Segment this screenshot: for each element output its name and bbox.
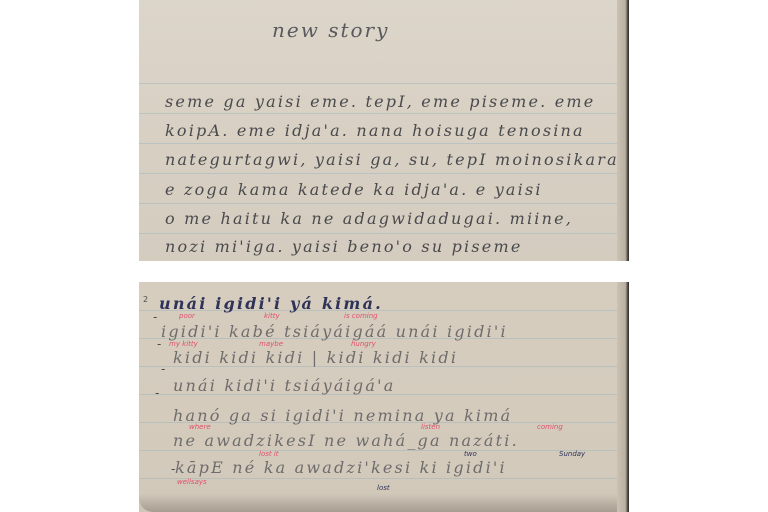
- translation-note: lost: [377, 484, 390, 492]
- ruled-line: [139, 450, 617, 451]
- ruled-line: [139, 173, 617, 174]
- text-line: o me haitu ka ne adagwidadugai. miine,: [165, 209, 573, 228]
- translation-note: lost it: [259, 450, 279, 458]
- text-line: kidi kidi kidi | kidi kidi kidi: [173, 348, 458, 367]
- page-edge: [617, 282, 629, 512]
- translation-note: two: [464, 450, 477, 458]
- notebook-page-bottom: 2 - - - - - unái igidi'i yá kimá. poor k…: [139, 282, 629, 512]
- text-line: unái igidi'i yá kimá.: [159, 294, 383, 313]
- margin-mark: -: [153, 310, 157, 324]
- ruled-line: [139, 83, 617, 84]
- translation-note: kitty: [264, 312, 280, 320]
- translation-note: Sunday: [559, 450, 585, 458]
- translation-note: where: [189, 423, 211, 431]
- ruled-line: [139, 203, 617, 204]
- margin-mark: -: [155, 386, 159, 400]
- text-line: nategurtagwi, yaisi ga, su, tepI moinosi…: [165, 150, 629, 169]
- margin-mark: 2: [143, 295, 148, 304]
- text-line: kāpE né ka awadzi'kesi ki igidi'i: [175, 458, 507, 477]
- ruled-line: [139, 233, 617, 234]
- translation-note: is coming: [344, 312, 378, 320]
- translation-note: poor: [179, 312, 195, 320]
- text-line: koipA. eme idja'a. nana hoisuga tenosina: [165, 121, 585, 140]
- translation-note: maybe: [259, 340, 283, 348]
- translation-note: my kitty: [169, 340, 198, 348]
- text-line: unái kidi'i tsiáyáigá'a: [173, 376, 395, 395]
- text-line: igidi'i kabé tsiáyáigáá unái igidi'i: [161, 322, 508, 341]
- margin-mark: -: [161, 362, 165, 376]
- translation-note: listen: [421, 423, 440, 431]
- page-title: new story: [272, 18, 389, 42]
- ruled-line: [139, 143, 617, 144]
- notebook-page-top: new story seme ga yaisi eme. tepI, eme p…: [139, 0, 629, 261]
- translation-note: hungry: [351, 340, 376, 348]
- text-line: nozi mi'iga. yaisi beno'o su piseme: [165, 237, 522, 256]
- text-line: seme ga yaisi eme. tepI, eme piseme. eme: [165, 92, 595, 111]
- ruled-line: [139, 478, 617, 479]
- translation-note: coming: [537, 423, 563, 431]
- translation-note: wellsays: [177, 478, 207, 486]
- text-line: e zoga kama katede ka idja'a. e yaisi: [165, 180, 543, 199]
- text-line: hanó ga si igidi'i nemina ya kimá: [173, 406, 512, 425]
- text-line: ne awadzikesI ne wahá_ga nazáti.: [173, 431, 519, 450]
- ruled-line: [139, 113, 617, 114]
- page-curl-shadow: [139, 494, 629, 512]
- page-edge: [617, 0, 629, 261]
